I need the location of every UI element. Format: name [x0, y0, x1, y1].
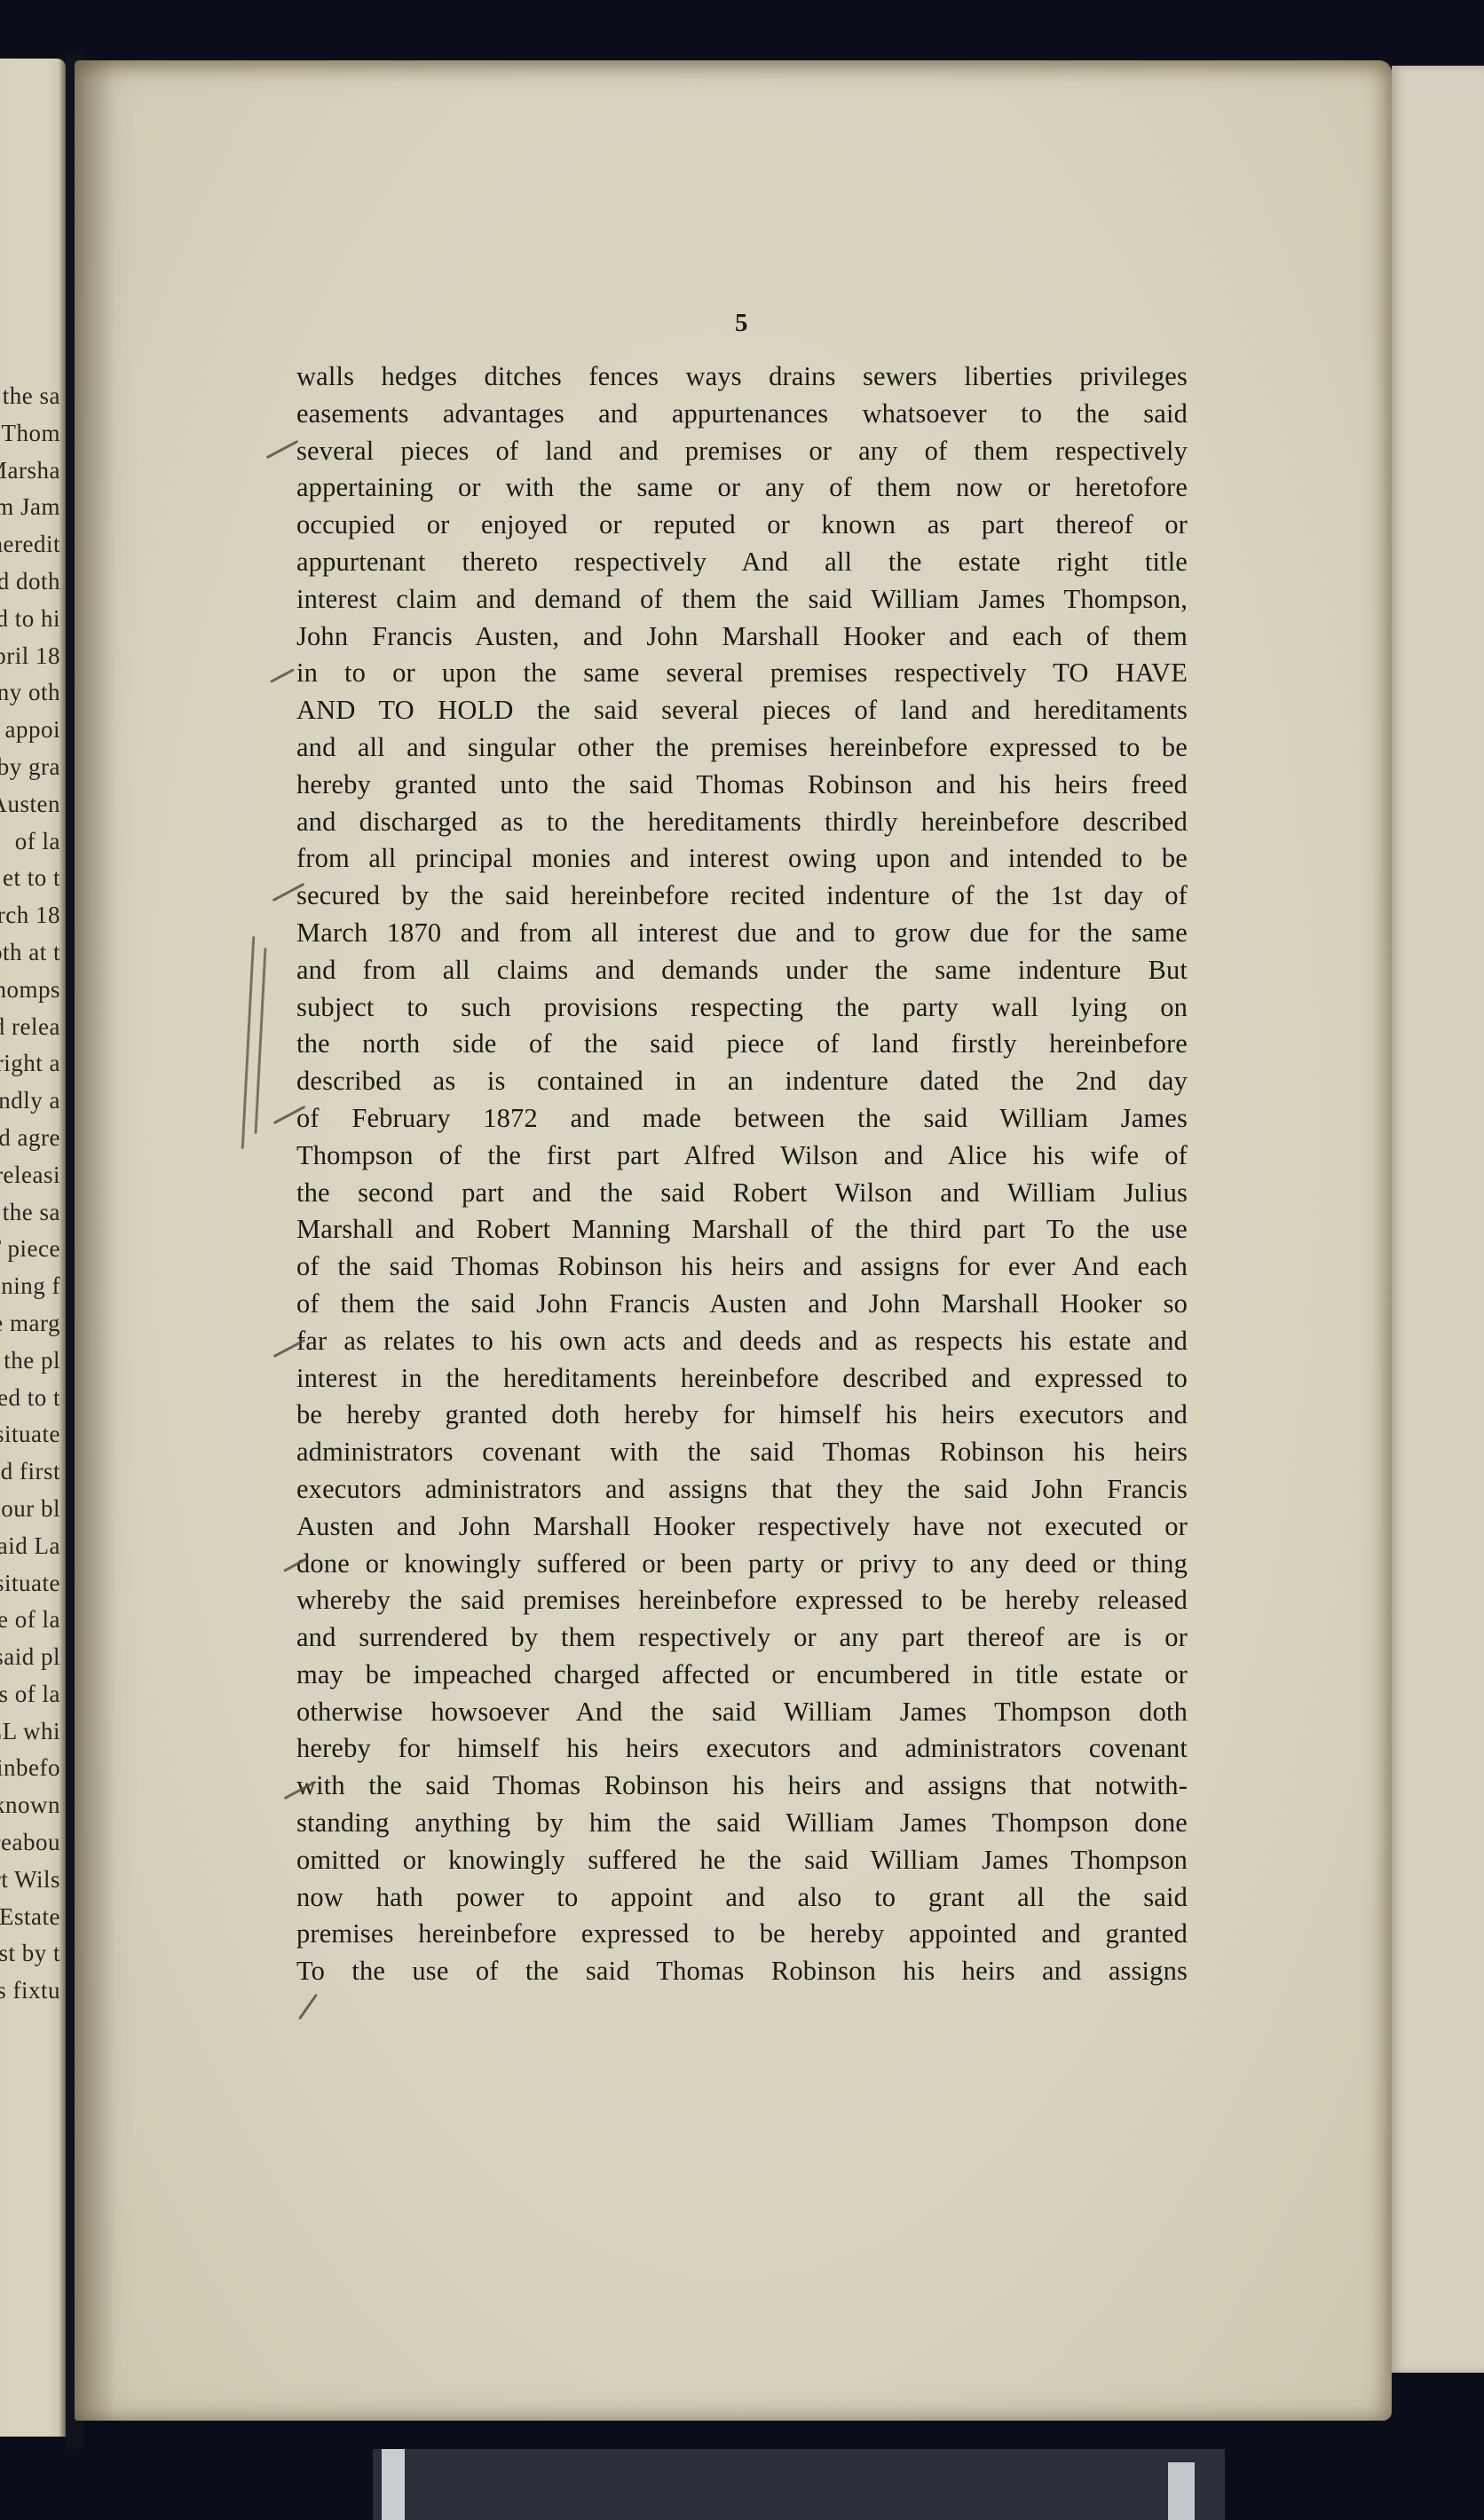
previous-page-line: said La: [0, 1528, 60, 1565]
previous-page-line: thereabou: [0, 1824, 60, 1862]
text-line: the second part and the said Robert Wils…: [296, 1175, 1188, 1212]
previous-page-line: oth at t: [0, 934, 60, 972]
text-line: administrators covenant with the said Th…: [296, 1434, 1188, 1471]
text-line: interest claim and demand of them the sa…: [296, 581, 1188, 618]
text-line: described as is contained in an indentur…: [296, 1063, 1188, 1100]
previous-page-line: e right a: [0, 1045, 60, 1083]
previous-page-line: n Marsha: [0, 453, 60, 490]
text-line: appertaining or with the same or any of …: [296, 469, 1188, 507]
previous-page-line: land first: [0, 1453, 60, 1491]
scanned-book-spread: t the said Thomn Marshaam Jamd hereditre…: [0, 0, 1484, 2520]
previous-page-line: l situate: [0, 1565, 60, 1603]
previous-page-line: ched to t: [0, 1380, 60, 1417]
previous-page-line: f releasi: [0, 1157, 60, 1194]
previous-page-line: am Jam: [0, 489, 60, 526]
previous-page-line: Thomps: [0, 972, 60, 1009]
text-line: from all principal monies and interest o…: [296, 840, 1188, 878]
previous-page-fragment: t the said Thomn Marshaam Jamd hereditre…: [0, 59, 66, 2437]
previous-page-line: April 18: [0, 638, 60, 675]
previous-page-line: colour bl: [0, 1491, 60, 1528]
previous-page-line: to the sa: [0, 1194, 60, 1232]
previous-page-line: Austen: [0, 786, 60, 823]
previous-page-line: reby gra: [0, 749, 60, 786]
deed-body-text: walls hedges ditches fences ways drains …: [296, 358, 1188, 1990]
text-line: secured by the said hereinbefore recited…: [296, 878, 1188, 915]
previous-page-line: d heredit: [0, 526, 60, 563]
text-line: of February 1872 and made between the sa…: [296, 1100, 1188, 1138]
binding-shade: [75, 60, 115, 2421]
previous-page-line: t the sa: [0, 378, 60, 415]
text-line: in to or upon the same several premises …: [296, 655, 1188, 692]
text-line: subject to such provisions respecting th…: [296, 989, 1188, 1027]
text-line: with the said Thomas Robinson his heirs …: [296, 1768, 1188, 1805]
text-line: easements advantages and appurtenances w…: [296, 396, 1188, 433]
text-line: whereby the said premises hereinbefore e…: [296, 1582, 1188, 1619]
text-line: March 1870 and from all interest due and…: [296, 915, 1188, 952]
text-line: and discharged as to the hereditaments t…: [296, 804, 1188, 841]
text-line: hereby for himself his heirs executors a…: [296, 1730, 1188, 1768]
previous-page-line: of the pl: [0, 1343, 60, 1380]
text-line: otherwise howsoever And the said William…: [296, 1694, 1188, 1731]
page-clip-left: [382, 2449, 405, 2520]
previous-page-line: py appoi: [0, 712, 60, 749]
previous-page-line: known: [0, 1787, 60, 1824]
text-line: occupied or enjoyed or reputed or known …: [296, 507, 1188, 544]
previous-page-line: arch 18: [0, 897, 60, 934]
text-line: hereby granted unto the said Thomas Robi…: [296, 767, 1188, 804]
text-line: John Francis Austen, and John Marshall H…: [296, 618, 1188, 656]
previous-page-line: condly a: [0, 1083, 60, 1120]
text-line: be hereby granted doth hereby for himsel…: [296, 1397, 1188, 1434]
previous-page-line: ce of la: [0, 1602, 60, 1639]
text-line: Marshall and Robert Manning Marshall of …: [296, 1211, 1188, 1248]
next-leaf-edge: [1392, 66, 1484, 2373]
previous-page-line: aining f: [0, 1268, 60, 1305]
text-line: walls hedges ditches fences ways drains …: [296, 358, 1188, 396]
previous-page-line: id Thom: [0, 415, 60, 453]
previous-page-line: T piece: [0, 1231, 60, 1268]
previous-page-line: and relea: [0, 1009, 60, 1046]
text-line: AND TO HOLD the said several pieces of l…: [296, 692, 1188, 729]
previous-page-line: of la: [0, 823, 60, 861]
gutter-shadow: [59, 59, 66, 2437]
previous-page-line: ereinbefo: [0, 1750, 60, 1787]
text-line: and all and singular other the premises …: [296, 729, 1188, 767]
text-line: omitted or knowingly suffered he the sai…: [296, 1842, 1188, 1879]
previous-page-line: situate: [0, 1416, 60, 1453]
previous-page-line: ns fixtu: [0, 1973, 60, 2010]
text-line: now hath power to appoint and also to gr…: [296, 1879, 1188, 1917]
text-line: executors administrators and assigns tha…: [296, 1471, 1188, 1508]
text-line: To the use of the said Thomas Robinson h…: [296, 1953, 1188, 1990]
previous-page-line: any oth: [0, 674, 60, 712]
previous-page-line: e said pl: [0, 1639, 60, 1676]
text-line: several pieces of land and premises or a…: [296, 433, 1188, 470]
page-clip-right: [1168, 2462, 1195, 2520]
text-line: Thompson of the first part Alfred Wilson…: [296, 1138, 1188, 1175]
text-line: far as relates to his own acts and deeds…: [296, 1323, 1188, 1360]
text-line: may be impeached charged affected or enc…: [296, 1657, 1188, 1694]
previous-page-line: the marg: [0, 1305, 60, 1343]
bottom-background: [373, 2449, 1225, 2520]
text-line: interest in the hereditaments hereinbefo…: [296, 1360, 1188, 1398]
text-line: premises hereinbefore expressed to be he…: [296, 1916, 1188, 1953]
text-line: the north side of the said piece of land…: [296, 1026, 1188, 1063]
text-line: standing anything by him the said Willia…: [296, 1805, 1188, 1842]
previous-page-line: et to t: [0, 860, 60, 897]
previous-page-line: Estate: [0, 1899, 60, 1936]
previous-page-line: rest by t: [0, 1935, 60, 1973]
text-line: of them the said John Francis Austen and…: [296, 1286, 1188, 1323]
previous-page-line: ALL whi: [0, 1713, 60, 1751]
text-line: of the said Thomas Robinson his heirs an…: [296, 1248, 1188, 1286]
previous-page-line: red doth: [0, 563, 60, 601]
previous-page-text: t the said Thomn Marshaam Jamd hereditre…: [0, 378, 60, 2010]
text-line: and from all claims and demands under th…: [296, 952, 1188, 989]
text-line: appurtenant thereto respectively And all…: [296, 544, 1188, 581]
text-line: done or knowingly suffered or been party…: [296, 1546, 1188, 1583]
previous-page-line: ited to hi: [0, 601, 60, 638]
text-line: and surrendered by them respectively or …: [296, 1619, 1188, 1657]
previous-page-line: ert Wils: [0, 1862, 60, 1899]
previous-page-line: ts of la: [0, 1676, 60, 1713]
text-line: Austen and John Marshall Hooker respecti…: [296, 1508, 1188, 1546]
page-number: 5: [735, 309, 748, 338]
previous-page-line: said agre: [0, 1120, 60, 1157]
